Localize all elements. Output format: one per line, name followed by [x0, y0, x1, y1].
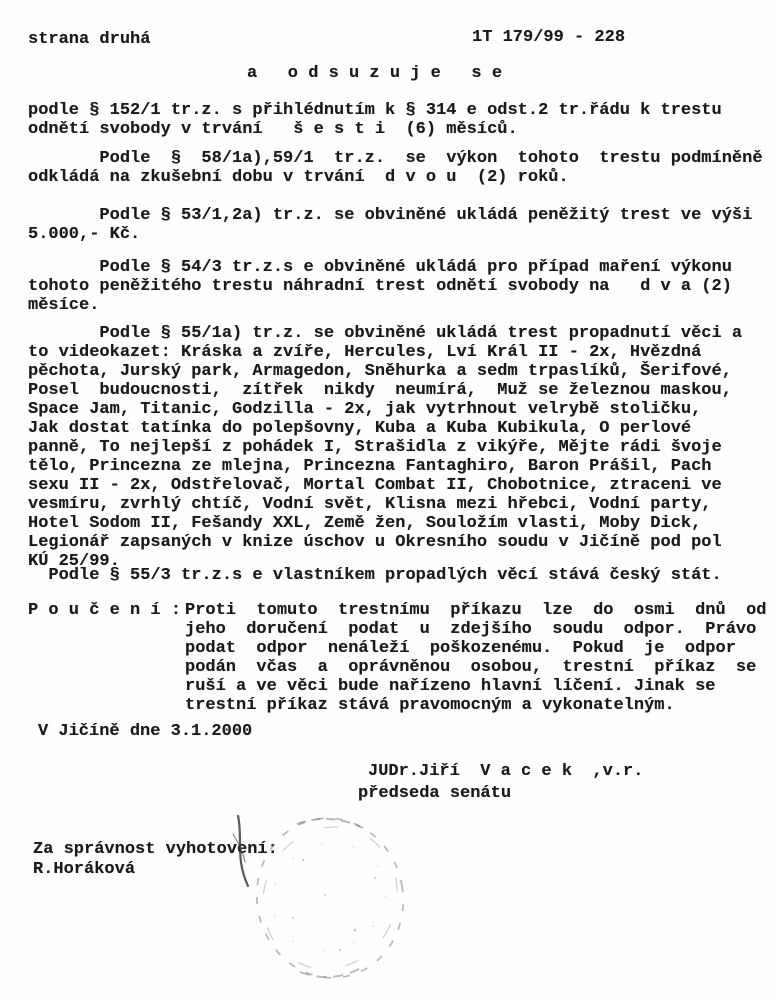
judge-signature-name: JUDr.Jiří V a c e k ,v.r.: [368, 762, 643, 781]
paragraph-suspended-term: Podle § 58/1a),59/1 tr.z. se výkon tohot…: [28, 149, 763, 187]
paragraph-forfeited-items: Podle § 55/1a) tr.z. se obviněné ukládá …: [28, 324, 742, 571]
scanned-court-document-page: strana druhá 1T 179/99 - 228 a o d s u z…: [0, 0, 780, 1002]
paragraph-sentence: podle § 152/1 tr.z. s přihlédnutím k § 3…: [28, 101, 722, 139]
page-label: strana druhá: [28, 30, 150, 49]
pouceni-label: P o u č e n í :: [28, 601, 181, 620]
pouceni-text: Proti tomuto trestnímu příkazu lze do os…: [185, 601, 767, 715]
paragraph-monetary-penalty: Podle § 53/1,2a) tr.z. se obviněné uklád…: [28, 206, 752, 244]
case-number: 1T 179/99 - 228: [472, 28, 625, 47]
date-place-line: V Jičíně dne 3.1.2000: [38, 722, 252, 741]
round-court-stamp-icon: [205, 800, 425, 995]
paragraph-alternative-term: Podle § 54/3 tr.z.s e obviněné ukládá pr…: [28, 258, 732, 315]
verdict-heading: a o d s u z u j e s e: [247, 64, 502, 83]
pen-stroke: [238, 816, 248, 886]
paragraph-state-ownership: Podle § 55/3 tr.z.s e vlastníkem propadl…: [28, 566, 722, 585]
